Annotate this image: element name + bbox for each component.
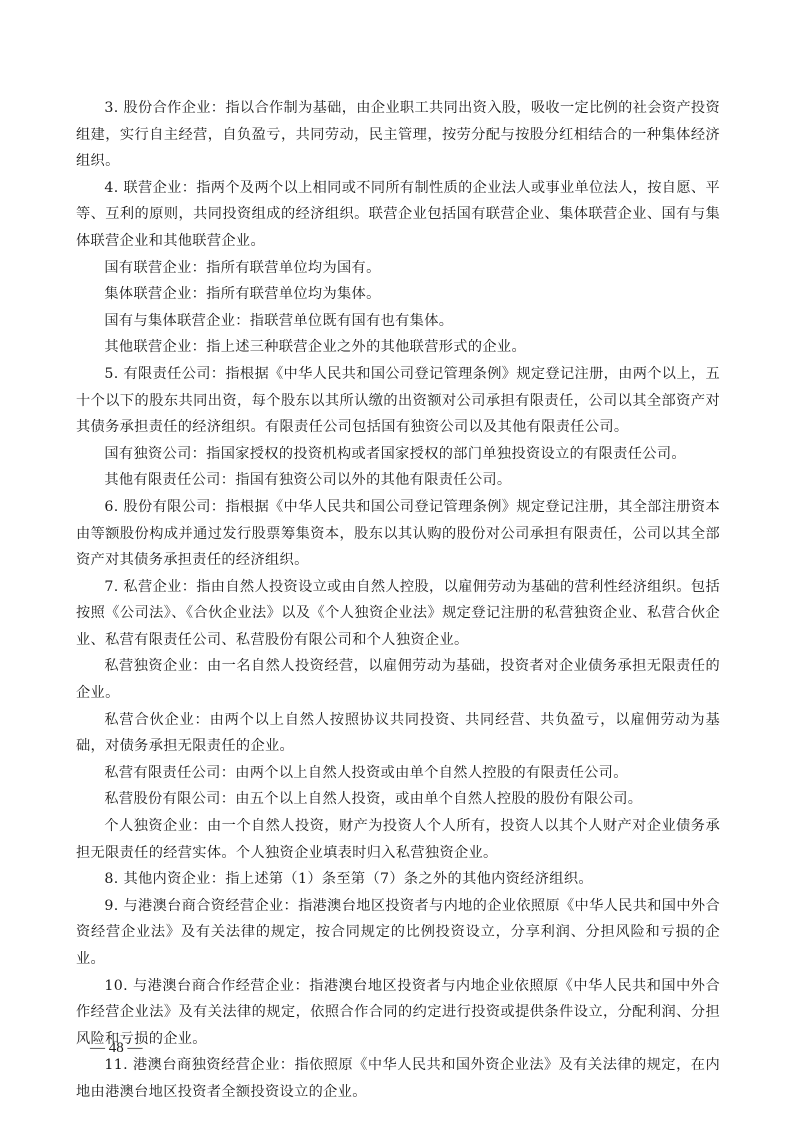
paragraph-private-enterprise: 7. 私营企业：指由自然人投资设立或由自然人控股，以雇佣劳动为基础的营利性经济组…: [76, 574, 720, 654]
document-page-body: 3. 股份合作企业：指以合作制为基础，由企业职工共同出资入股，吸收一定比例的社会…: [76, 95, 720, 1106]
paragraph-limited-liability-company: 5. 有限责任公司：指根据《中华人民共和国公司登记管理条例》规定登记注册，由两个…: [76, 361, 720, 441]
paragraph-state-collective-joint-operation: 国有与集体联营企业：指联营单位既有国有也有集体。: [76, 308, 720, 335]
page-number: — 48 —: [90, 1040, 143, 1057]
paragraph-other-joint-operation: 其他联营企业：指上述三种联营企业之外的其他联营形式的企业。: [76, 334, 720, 361]
paragraph-individual-sole-proprietorship: 个人独资企业：由一个自然人投资，财产为投资人个人所有，投资人以其个人财产对企业债…: [76, 813, 720, 866]
paragraph-other-limited-liability-company: 其他有限责任公司：指国有独资公司以外的其他有限责任公司。: [76, 467, 720, 494]
paragraph-wholly-state-owned-company: 国有独资公司：指国家授权的投资机构或者国家授权的部门单独投资设立的有限责任公司。: [76, 441, 720, 468]
paragraph-hmt-wholly-owned-enterprise: 11. 港澳台商独资经营企业：指依照原《中华人民共和国外资企业法》及有关法律的规…: [76, 1052, 720, 1105]
paragraph-collective-joint-operation: 集体联营企业：指所有联营单位均为集体。: [76, 281, 720, 308]
paragraph-hmt-cooperative-joint-venture: 10. 与港澳台商合作经营企业：指港澳台地区投资者与内地企业依照原《中华人民共和…: [76, 973, 720, 1053]
paragraph-hmt-equity-joint-venture: 9. 与港澳台商合资经营企业：指港澳台地区投资者与内地的企业依照原《中华人民共和…: [76, 893, 720, 973]
paragraph-joint-stock-limited-company: 6. 股份有限公司：指根据《中华人民共和国公司登记管理条例》规定登记注册，其全部…: [76, 494, 720, 574]
paragraph-state-joint-operation: 国有联营企业：指所有联营单位均为国有。: [76, 255, 720, 282]
paragraph-other-domestic-enterprise: 8. 其他内资企业：指上述第（1）条至第（7）条之外的其他内资经济组织。: [76, 866, 720, 893]
paragraph-private-limited-liability-company: 私营有限责任公司：由两个以上自然人投资或由单个自然人控股的有限责任公司。: [76, 760, 720, 787]
paragraph-private-joint-stock-company: 私营股份有限公司：由五个以上自然人投资，或由单个自然人控股的股份有限公司。: [76, 786, 720, 813]
paragraph-joint-operation-enterprise: 4. 联营企业：指两个及两个以上相同或不同所有制性质的企业法人或事业单位法人，按…: [76, 175, 720, 255]
paragraph-private-partnership: 私营合伙企业：由两个以上自然人按照协议共同投资、共同经营、共负盈亏，以雇佣劳动为…: [76, 707, 720, 760]
paragraph-joint-stock-cooperative: 3. 股份合作企业：指以合作制为基础，由企业职工共同出资入股，吸收一定比例的社会…: [76, 95, 720, 175]
paragraph-private-sole-proprietorship: 私营独资企业：由一名自然人投资经营，以雇佣劳动为基础，投资者对企业债务承担无限责…: [76, 653, 720, 706]
